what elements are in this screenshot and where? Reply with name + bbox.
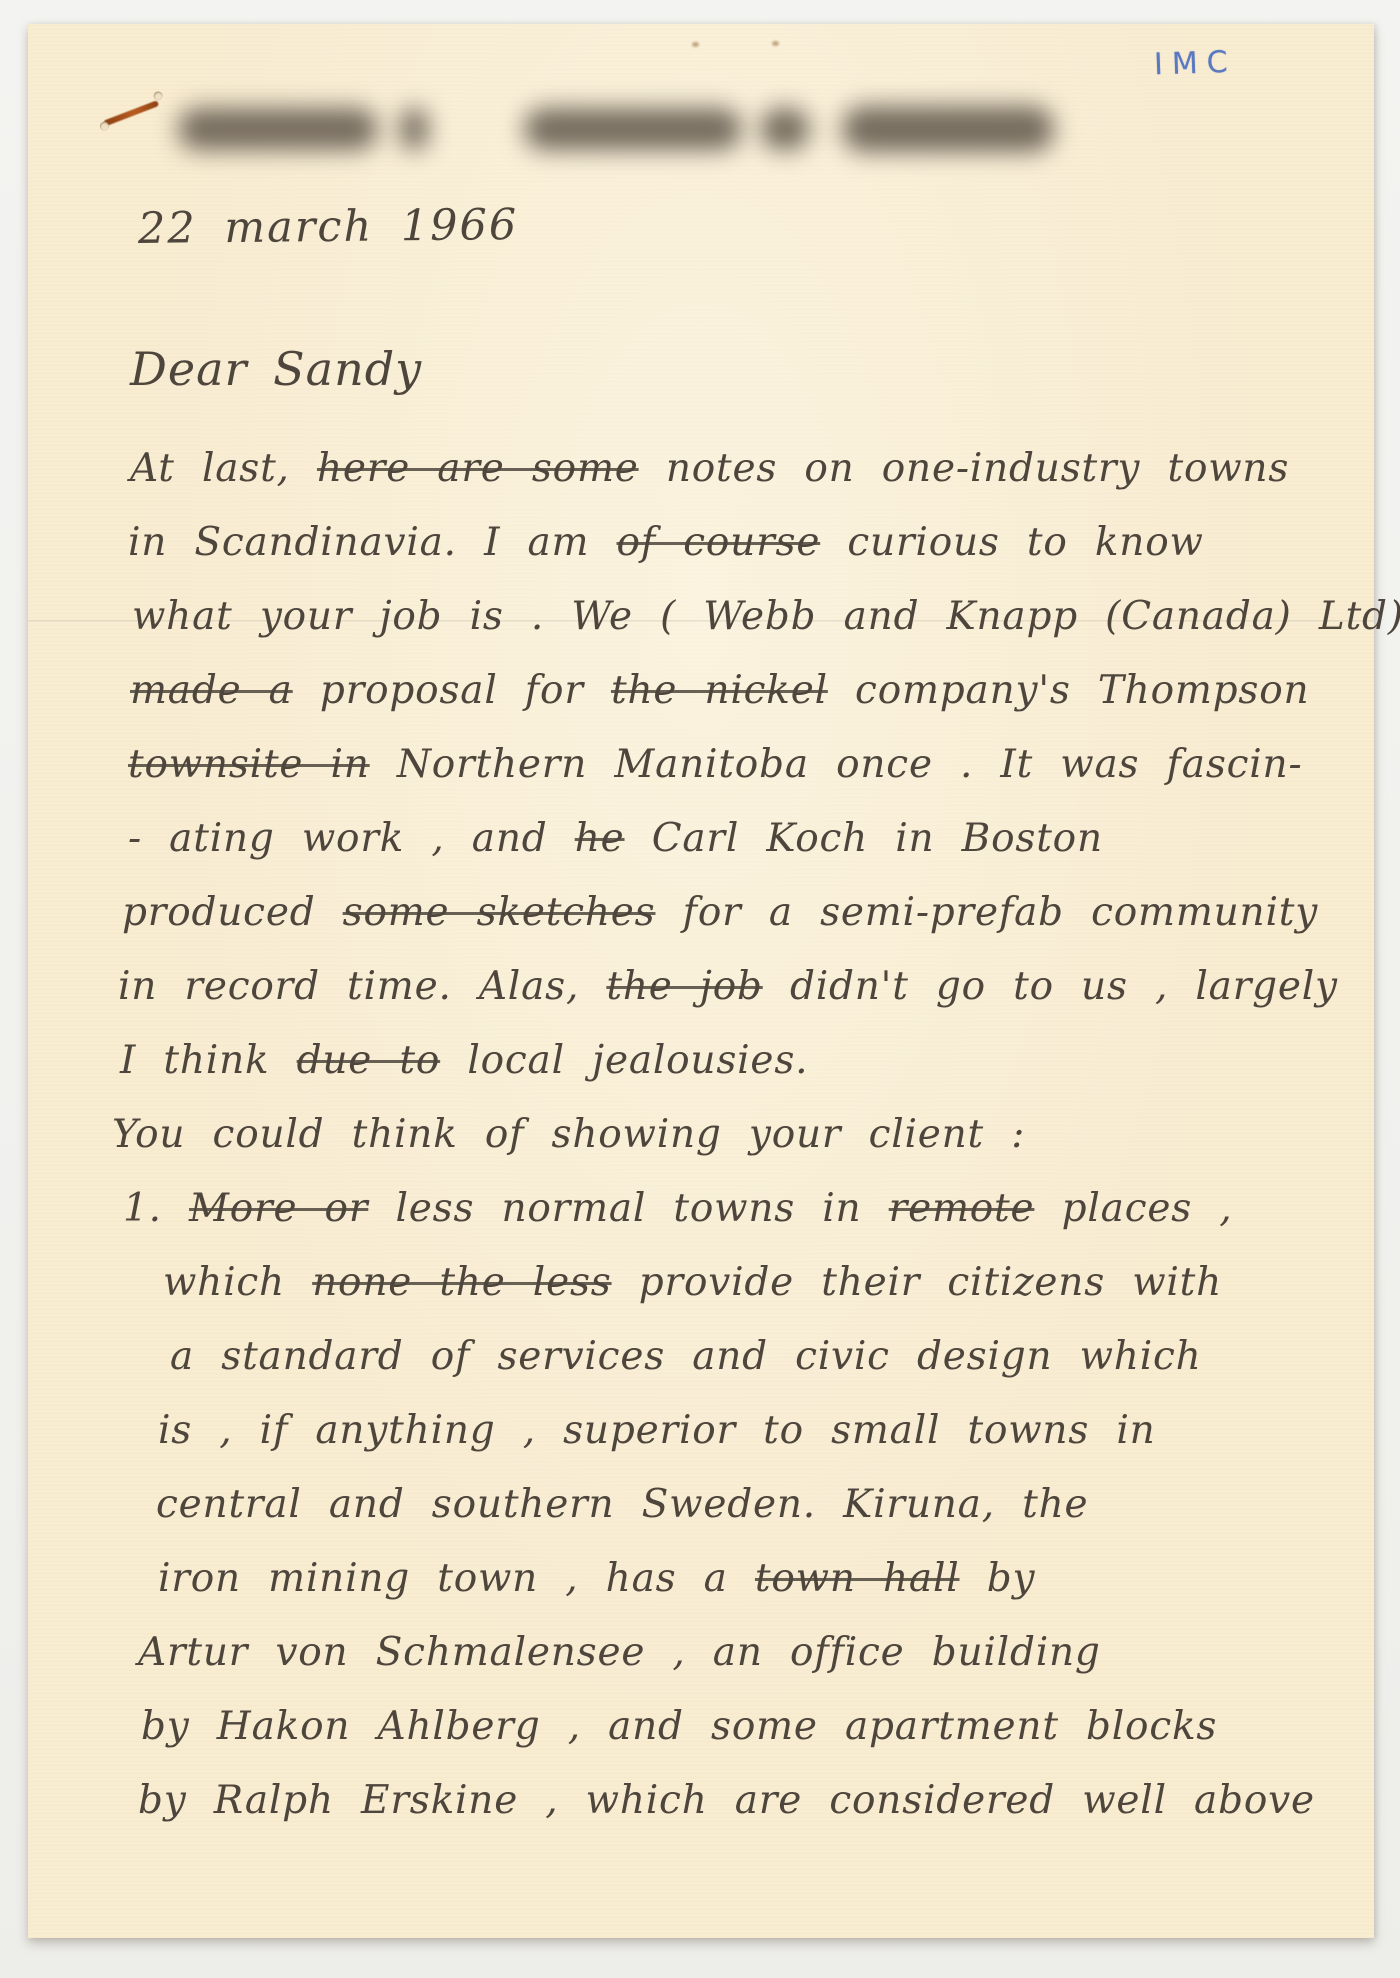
handwritten-words: Carl Koch in Boston — [625, 816, 1103, 861]
handwritten-words: which — [163, 1260, 312, 1305]
letter-line: central and southern Sweden. Kiruna, the — [156, 1468, 1358, 1542]
handwritten-words: company's Thompson — [828, 668, 1310, 713]
paper-speck — [772, 41, 779, 46]
struck-through-words: due to — [297, 1038, 441, 1083]
struck-through-words: townsite in — [128, 742, 370, 787]
handwritten-words: for a semi-prefab community — [655, 890, 1318, 935]
struck-through-words: here are some — [317, 446, 639, 491]
letter-line: what your job is . We ( Webb and Knapp (… — [132, 580, 1358, 654]
handwritten-words: Northern Manitoba once . It was fascin- — [370, 742, 1303, 787]
scan-background: IMC 22 march 1966 Dear Sandy At last, he… — [0, 0, 1400, 1978]
redaction-blob — [842, 106, 1054, 152]
letter-line: made a proposal for the nickel company's… — [130, 654, 1358, 728]
handwritten-words: I think — [120, 1038, 297, 1083]
handwritten-words: central and southern Sweden. Kiruna, the — [156, 1482, 1088, 1527]
letter-page: IMC 22 march 1966 Dear Sandy At last, he… — [28, 24, 1374, 1938]
handwritten-words: At last, — [130, 446, 317, 491]
letter-line: iron mining town , has a town hall by — [158, 1542, 1358, 1616]
struck-through-words: of course — [617, 520, 821, 565]
handwritten-words: in record time. Alas, — [118, 964, 606, 1009]
handwritten-words: - ating work , and — [128, 816, 575, 861]
letter-line: townsite in Northern Manitoba once . It … — [128, 728, 1358, 802]
handwritten-words: a standard of services and civic design … — [170, 1334, 1202, 1379]
letter-line: in record time. Alas, the job didn't go … — [118, 950, 1358, 1024]
struck-through-words: town hall — [755, 1556, 960, 1601]
handwritten-words: places , — [1034, 1186, 1232, 1231]
handwritten-words: produced — [122, 890, 343, 935]
letter-line: is , if anything , superior to small tow… — [158, 1394, 1358, 1468]
letter-line: I think due to local jealousies. — [120, 1024, 1358, 1098]
handwritten-words: by — [960, 1556, 1036, 1601]
handwritten-words: local jealousies. — [440, 1038, 808, 1083]
handwritten-words: proposal for — [293, 668, 611, 713]
letter-line: 1. More or less normal towns in remote p… — [123, 1172, 1358, 1246]
letter-line: in Scandinavia. I am of course curious t… — [128, 506, 1358, 580]
handwritten-words: 1. — [123, 1186, 189, 1231]
letter-line: a standard of services and civic design … — [170, 1320, 1358, 1394]
handwritten-words: didn't go to us , largely — [763, 964, 1338, 1009]
handwritten-words: what your job is . We ( Webb and Knapp (… — [132, 594, 1400, 639]
handwritten-words: by Hakon Ahlberg , and some apartment bl… — [141, 1704, 1217, 1749]
letter-body-text: At last, here are some notes on one-indu… — [128, 432, 1358, 1838]
redaction-blob — [524, 108, 742, 150]
letter-line: which none the less provide their citize… — [163, 1246, 1358, 1320]
handwritten-words: provide their citizens with — [612, 1260, 1222, 1305]
redaction-blob — [400, 108, 428, 150]
rust-staple-mark — [96, 86, 168, 141]
handwritten-words: iron mining town , has a — [158, 1556, 755, 1601]
struck-through-words: the job — [606, 964, 762, 1009]
struck-through-words: remote — [889, 1186, 1035, 1231]
rust-stain-bar — [103, 100, 159, 126]
letter-salutation: Dear Sandy — [130, 342, 422, 396]
struck-through-words: he — [575, 816, 625, 861]
paper-speck — [692, 42, 699, 47]
struck-through-words: More or — [189, 1186, 368, 1231]
handwritten-words: by Ralph Erskine , which are considered … — [138, 1778, 1315, 1823]
letter-line: produced some sketches for a semi-prefab… — [122, 876, 1358, 950]
letter-line: At last, here are some notes on one-indu… — [130, 432, 1358, 506]
letter-line: - ating work , and he Carl Koch in Bosto… — [128, 802, 1358, 876]
struck-through-words: some sketches — [343, 890, 656, 935]
struck-through-words: the nickel — [611, 668, 828, 713]
handwritten-words: less normal towns in — [368, 1186, 888, 1231]
handwritten-words: notes on one-industry towns — [639, 446, 1290, 491]
redaction-blob — [760, 108, 810, 150]
archival-corner-mark: IMC — [1153, 45, 1237, 83]
handwritten-words: You could think of showing your client : — [112, 1112, 1025, 1157]
handwritten-words: Artur von Schmalensee , an office buildi… — [138, 1630, 1101, 1675]
struck-through-words: made a — [130, 668, 293, 713]
redaction-blob — [178, 108, 378, 150]
handwritten-words: in Scandinavia. I am — [128, 520, 617, 565]
letter-date: 22 march 1966 — [138, 200, 519, 254]
handwritten-words: is , if anything , superior to small tow… — [158, 1408, 1156, 1453]
letter-line: You could think of showing your client : — [112, 1098, 1358, 1172]
letter-line: by Hakon Ahlberg , and some apartment bl… — [141, 1690, 1358, 1764]
handwritten-words: curious to know — [820, 520, 1203, 565]
letter-line: Artur von Schmalensee , an office buildi… — [138, 1616, 1358, 1690]
letter-line: by Ralph Erskine , which are considered … — [138, 1764, 1358, 1838]
struck-through-words: none the less — [312, 1260, 611, 1305]
redacted-address-line — [178, 92, 1054, 166]
